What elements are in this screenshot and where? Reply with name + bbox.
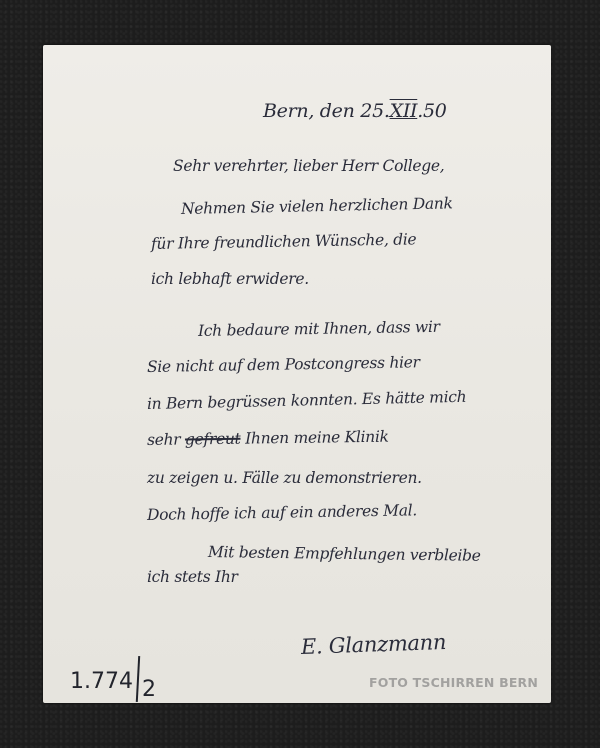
- salutation: Sehr verehrter, lieber Herr College,: [173, 157, 444, 175]
- signature: E. Glanzmann: [301, 630, 447, 659]
- closing-line: ich stets Ihr: [147, 568, 238, 586]
- body-word: sehr: [147, 431, 181, 449]
- body-line: Ich bedaure mit Ihnen, dass wir: [198, 318, 440, 340]
- body-line: in Bern begrüssen konnten. Es hätte mich: [147, 388, 467, 413]
- catalog-number: 1.774 2: [70, 648, 156, 694]
- body-word: Ihnen meine Klinik: [245, 428, 389, 448]
- date-line: Bern, den 25.XII.50: [263, 100, 447, 122]
- body-line: ich lebhaft erwidere.: [151, 270, 309, 288]
- catalog-number-sub: 2: [142, 677, 156, 702]
- struck-word: gefreut: [185, 430, 241, 449]
- body-line: Sie nicht auf dem Postcongress hier: [147, 353, 420, 376]
- body-line: für Ihre freundlichen Wünsche, die: [151, 230, 417, 253]
- body-line: Nehmen Sie vielen herzlichen Dank: [181, 194, 453, 218]
- body-line: zu zeigen u. Fälle zu demonstrieren.: [147, 469, 422, 487]
- closing-line: Mit besten Empfehlungen verbleibe: [208, 543, 481, 565]
- letter-card: Bern, den 25.XII.50 Sehr verehrter, lieb…: [43, 45, 551, 703]
- catalog-number-main: 1.774: [70, 669, 133, 694]
- photographer-stamp: FOTO TSCHIRREN BERN: [369, 675, 538, 690]
- date-year: .50: [417, 100, 446, 122]
- body-line: sehr gefreut Ihnen meine Klinik: [147, 428, 389, 449]
- date-place: Bern, den 25.: [263, 100, 390, 122]
- body-line: Doch hoffe ich auf ein anderes Mal.: [147, 501, 417, 524]
- date-month-roman: XII: [390, 100, 418, 122]
